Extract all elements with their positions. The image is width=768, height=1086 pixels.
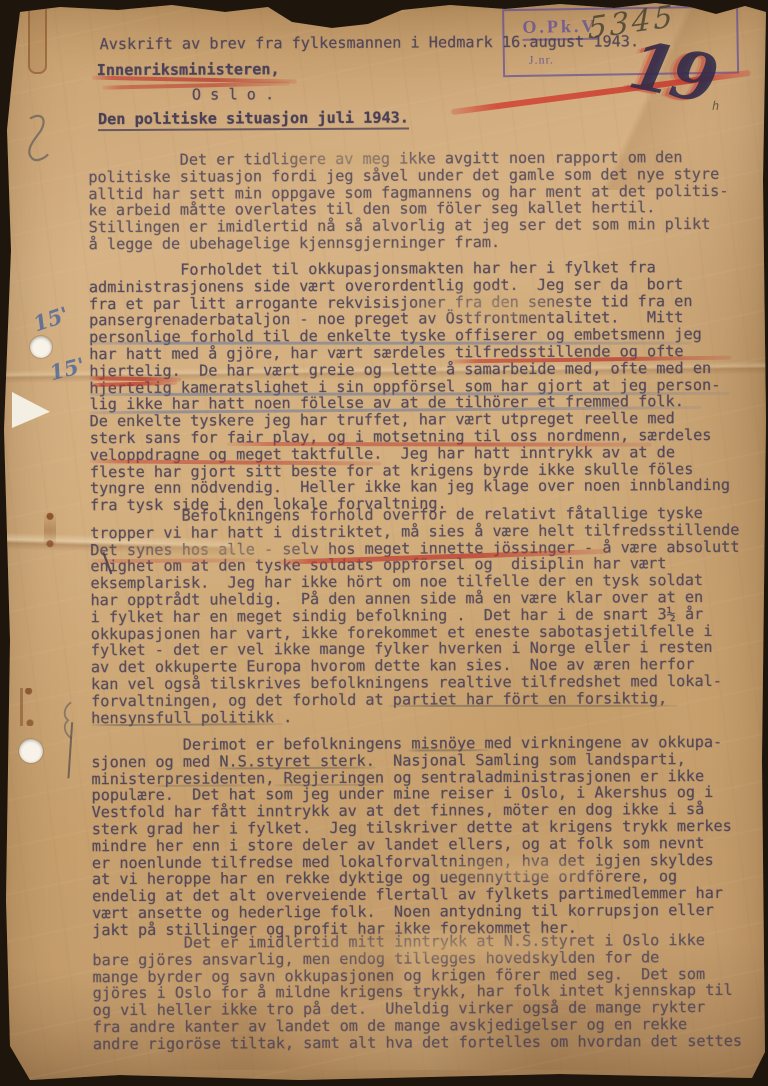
staple-rust-mark-middle — [44, 512, 56, 548]
paragraph-1: Det er tidligere av meg ikke avgitt noen… — [88, 149, 729, 253]
punch-hole-upper — [30, 336, 52, 358]
scanned-letter-page: O.Pk.V J.nr. 5345 19 h Avskrift av brev … — [0, 0, 768, 1086]
city-line: O s l o . — [192, 86, 274, 103]
document-content-layer: O.Pk.V J.nr. 5345 19 h Avskrift av brev … — [0, 0, 768, 1086]
paragraph-5: Det er imidlertid mitt inntrykk at N.S.s… — [92, 932, 742, 1053]
typed-line: hensynsfull politikk . — [91, 706, 740, 726]
paragraph-2: Forholdet til okkupasjonsmakten har her … — [89, 259, 730, 514]
staple-rust-mark-lower — [20, 688, 37, 726]
transcript-source-line: Avskrift av brev fra fylkesmannen i Hedm… — [100, 33, 640, 53]
typed-line: å legge de ubehagelige kjennsgjerninger … — [89, 233, 729, 253]
stamp-journal-label: J.nr. — [529, 52, 554, 67]
margin-squiggle-icon — [18, 108, 62, 170]
subject-title: Den politiske situasjon juli 1943. — [98, 109, 409, 130]
staple-rust-mark-top — [28, 6, 47, 74]
small-ink-mark: h — [712, 99, 719, 113]
margin-vertical-stroke-icon — [65, 720, 75, 782]
typed-line: andre rigoröse tiltak, samt alt hva det … — [93, 1033, 742, 1053]
punch-hole-lower — [19, 739, 43, 763]
paragraph-4: Derimot er befolkningens misnöye med vir… — [91, 734, 732, 939]
paper-sheet: O.Pk.V J.nr. 5345 19 h Avskrift av brev … — [0, 0, 768, 1086]
typed-line: forvaltningen, og det forhold at partiet… — [91, 690, 740, 710]
paragraph-3: Befolkningens forhold overfor de relativ… — [90, 505, 740, 727]
margin-note-2: 15' — [47, 352, 88, 385]
margin-note-1: 15' — [30, 301, 72, 336]
margin-check-stroke-icon — [100, 550, 114, 578]
recipient-line: Innenriksministeren, — [97, 61, 280, 79]
